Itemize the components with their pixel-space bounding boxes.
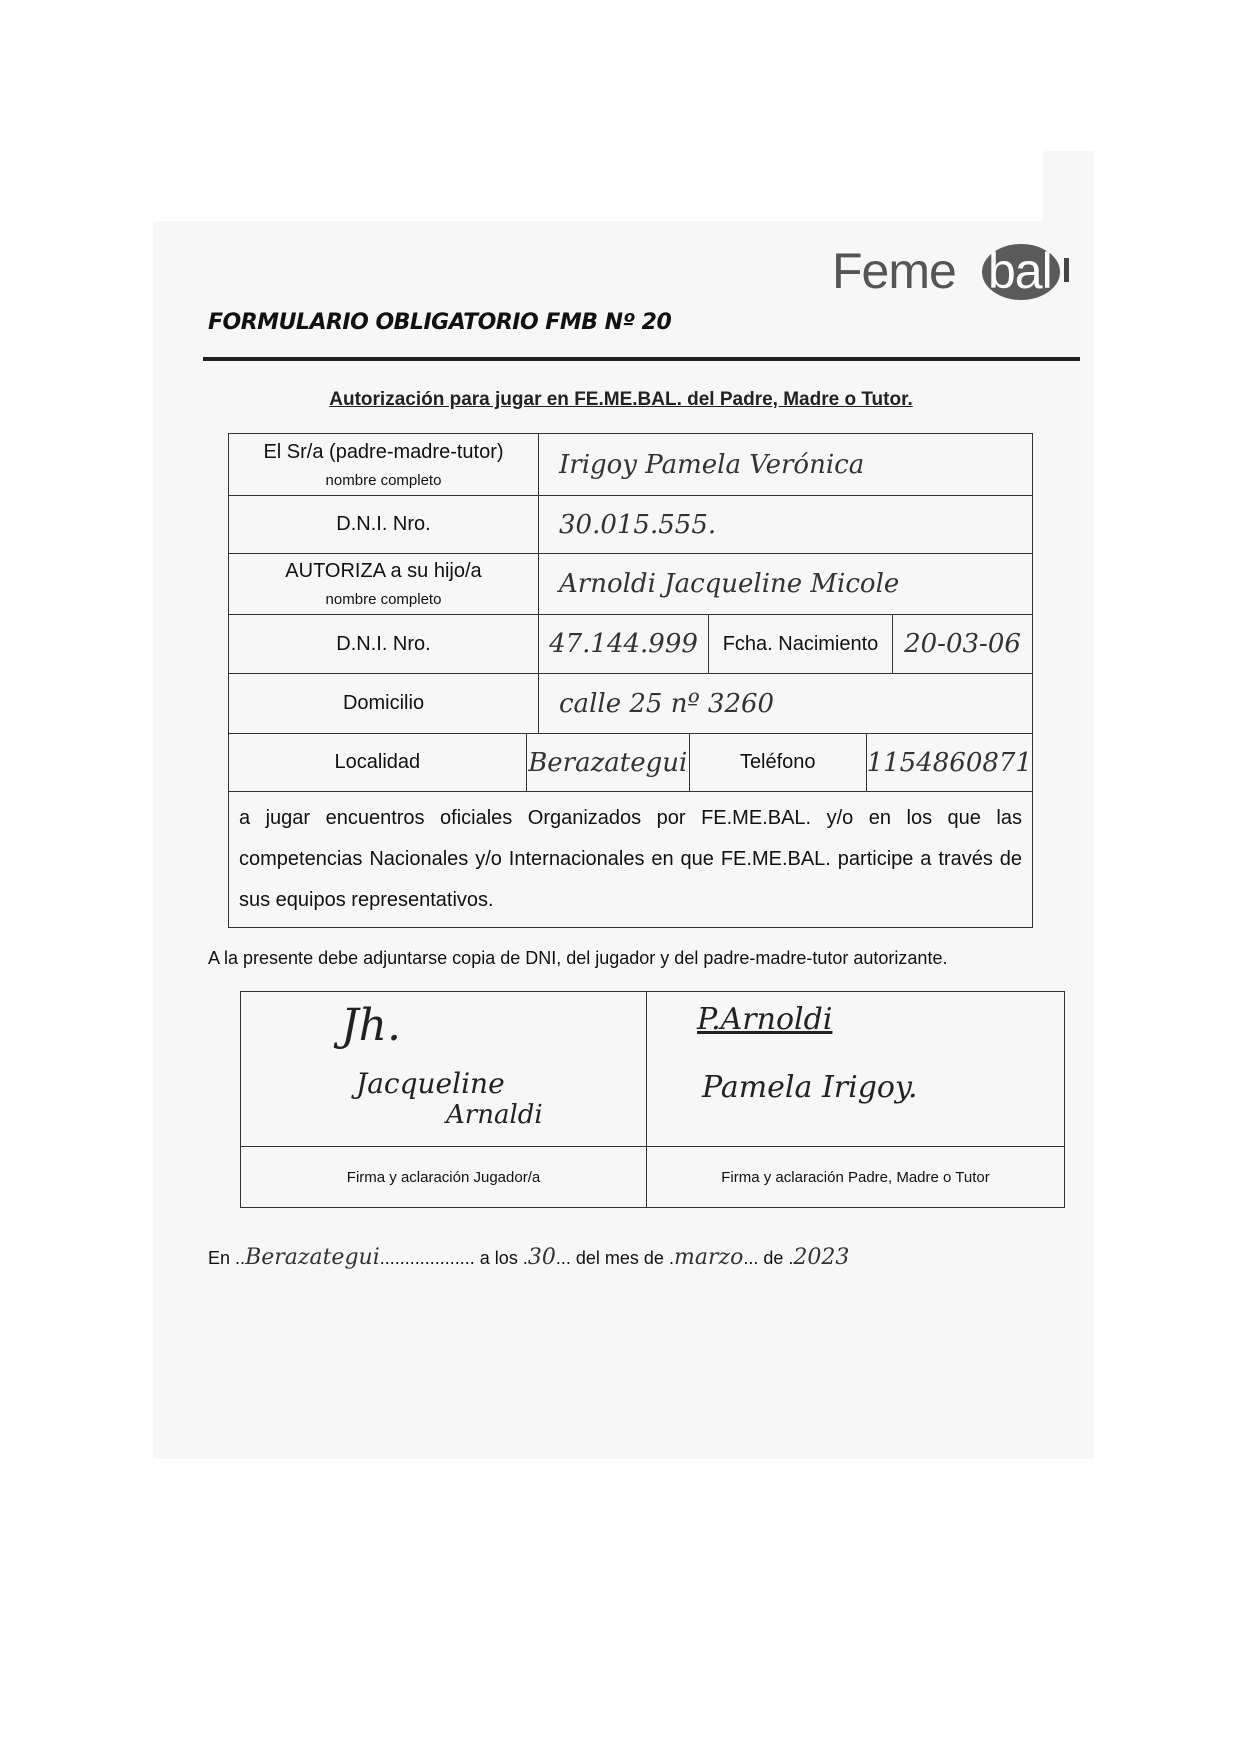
player-name-line1: Jacqueline bbox=[356, 1067, 505, 1100]
city-label: Localidad bbox=[229, 734, 527, 791]
guardian-label: El Sr/a (padre-madre-tutor) bbox=[263, 441, 503, 464]
form-title: FORMULARIO OBLIGATORIO FMB Nº 20 bbox=[208, 310, 671, 335]
player-signature-mark: Jh. bbox=[341, 1000, 401, 1051]
birth-date-label: Fcha. Nacimiento bbox=[709, 615, 893, 673]
a-los-label: a los bbox=[480, 1248, 518, 1268]
authorization-text-row: a jugar encuentros oficiales Organizados… bbox=[229, 792, 1032, 927]
child-name-row: AUTORIZA a su hijo/a nombre completo Arn… bbox=[229, 554, 1032, 615]
logo-text: Feme bbox=[832, 242, 956, 300]
de-label: de bbox=[763, 1248, 783, 1268]
day-dots-trailing: ... bbox=[556, 1248, 571, 1268]
guardian-name-row: El Sr/a (padre-madre-tutor) nombre compl… bbox=[229, 434, 1032, 496]
player-name-line2: Arnaldi bbox=[446, 1100, 543, 1130]
guardian-dni-row: D.N.I. Nro. 30.015.555. bbox=[229, 496, 1032, 554]
address-field[interactable]: calle 25 nº 3260 bbox=[539, 674, 1032, 733]
guardian-signature-name: Pamela Irigoy. bbox=[702, 1070, 918, 1105]
signature-table: Jh. Jacqueline Arnaldi P.Arnoldi Pamela … bbox=[240, 991, 1065, 1208]
city-row: Localidad Berazategui Teléfono 115486087… bbox=[229, 734, 1032, 792]
place-dots: .. bbox=[235, 1248, 245, 1268]
guardian-name-field[interactable]: Irigoy Pamela Verónica bbox=[539, 434, 1032, 495]
attachment-note: A la presente debe adjuntarse copia de D… bbox=[208, 948, 947, 969]
guardian-signature-mark: P.Arnoldi bbox=[697, 1002, 832, 1037]
logo-mark-icon bbox=[1064, 258, 1069, 282]
authorization-text: a jugar encuentros oficiales Organizados… bbox=[229, 792, 1032, 927]
en-label: En bbox=[208, 1248, 230, 1268]
guardian-sublabel: nombre completo bbox=[326, 472, 442, 489]
guardian-signature-caption: Firma y aclaración Padre, Madre o Tutor bbox=[647, 1147, 1064, 1207]
child-label: AUTORIZA a su hijo/a bbox=[285, 560, 481, 583]
child-dni-label: D.N.I. Nro. bbox=[229, 615, 539, 673]
logo-text-oval: bal bbox=[988, 242, 1052, 300]
femebal-logo: Feme bal bbox=[832, 240, 1072, 310]
address-label: Domicilio bbox=[229, 674, 539, 733]
year-field[interactable]: 2023 bbox=[793, 1245, 849, 1270]
player-signature-area[interactable]: Jh. Jacqueline Arnaldi bbox=[241, 992, 647, 1147]
title-divider bbox=[203, 357, 1080, 361]
child-dni-row: D.N.I. Nro. 47.144.999 Fcha. Nacimiento … bbox=[229, 615, 1032, 674]
address-row: Domicilio calle 25 nº 3260 bbox=[229, 674, 1032, 734]
child-dni-field[interactable]: 47.144.999 bbox=[539, 615, 709, 673]
city-field[interactable]: Berazategui bbox=[527, 734, 690, 791]
paper-margin bbox=[153, 151, 1043, 221]
month-dots-trailing: ... bbox=[743, 1248, 758, 1268]
authorization-table: El Sr/a (padre-madre-tutor) nombre compl… bbox=[228, 433, 1033, 928]
phone-field[interactable]: 1154860871 bbox=[867, 734, 1032, 791]
place-dots-trailing: ................... bbox=[380, 1248, 475, 1268]
child-name-field[interactable]: Arnoldi Jacqueline Micole bbox=[539, 554, 1032, 614]
guardian-dni-label: D.N.I. Nro. bbox=[229, 496, 539, 553]
form-subtitle: Autorización para jugar en FE.ME.BAL. de… bbox=[0, 389, 1242, 411]
month-field[interactable]: marzo bbox=[674, 1245, 743, 1270]
day-field[interactable]: 30 bbox=[528, 1245, 556, 1270]
guardian-label-cell: El Sr/a (padre-madre-tutor) nombre compl… bbox=[229, 434, 539, 495]
phone-label: Teléfono bbox=[690, 734, 867, 791]
guardian-signature-area[interactable]: P.Arnoldi Pamela Irigoy. bbox=[647, 992, 1064, 1147]
player-signature-caption: Firma y aclaración Jugador/a bbox=[241, 1147, 647, 1207]
place-date-line: En ..Berazategui................... a lo… bbox=[208, 1245, 849, 1270]
child-label-cell: AUTORIZA a su hijo/a nombre completo bbox=[229, 554, 539, 614]
birth-date-field[interactable]: 20-03-06 bbox=[893, 615, 1032, 673]
mes-label: del mes de bbox=[576, 1248, 664, 1268]
guardian-dni-field[interactable]: 30.015.555. bbox=[539, 496, 1032, 553]
child-sublabel: nombre completo bbox=[326, 591, 442, 608]
place-field[interactable]: Berazategui bbox=[245, 1245, 380, 1270]
